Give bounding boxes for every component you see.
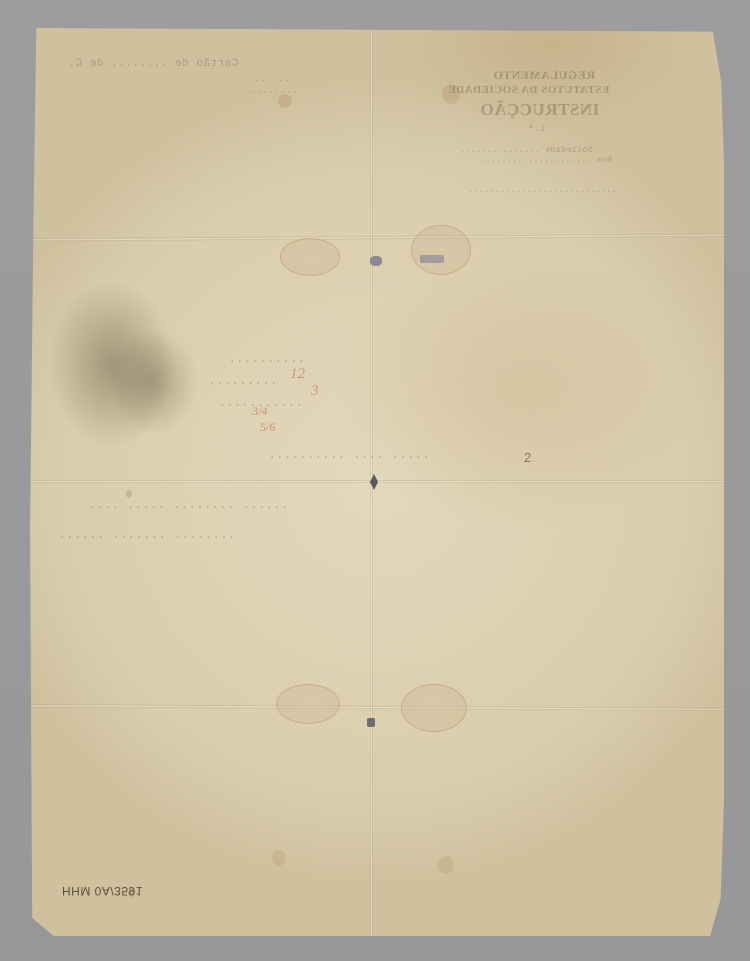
foxing-spot [438, 856, 454, 874]
water-stain [280, 238, 340, 276]
bleed-text-line: ........ [250, 86, 297, 96]
bleed-text-line: ........ ....... ...... [58, 528, 235, 542]
bleed-text-line: Sociedade ....... ....... [460, 146, 593, 155]
bleed-text-line: ...... ........ ..... .... [88, 498, 288, 512]
bleed-text-line: REGULAMENTO [493, 68, 595, 83]
fold-hole [370, 256, 382, 266]
foxing-spot [278, 94, 292, 108]
bleed-text-line: Cartão de ........ de C. [68, 58, 238, 70]
water-stain [276, 684, 340, 724]
water-stain [401, 684, 467, 732]
foxing-spot [126, 490, 132, 498]
pencil-mark: 2 [524, 450, 531, 465]
bleed-text-line: 1.ª [528, 124, 546, 134]
bleed-text-line: ........ [248, 74, 295, 84]
horizontal-fold-line-3 [28, 704, 724, 711]
bleed-text-line: ESTATUTOS DA SOCIEDADE [448, 84, 609, 96]
scan-background: REGULAMENTO ESTATUTOS DA SOCIEDADE INSTR… [0, 0, 750, 961]
water-stain [411, 225, 471, 275]
bleed-text-line: ......... [208, 374, 277, 388]
fold-hole [367, 718, 375, 727]
bleed-text-line: ............................ [468, 186, 616, 195]
paper-sheet: REGULAMENTO ESTATUTOS DA SOCIEDADE INSTR… [28, 28, 724, 936]
foxing-spot [272, 850, 286, 866]
bleed-text-line: INSTRUCÇÃO [480, 100, 599, 120]
red-ink-mark: 3 [311, 383, 319, 400]
red-ink-mark: 12 [290, 366, 305, 383]
horizontal-fold-line-1 [28, 234, 724, 242]
bleed-text-line: Rua ............ ........ [480, 156, 613, 165]
bleed-text-line: .......... [228, 352, 305, 366]
catalog-number: HHM 0A/3591 [62, 884, 143, 898]
red-ink-mark: 5/6 [260, 420, 275, 435]
red-ink-mark: 3/4 [252, 404, 267, 419]
bleed-text-line: ..... .... .......... [268, 448, 430, 462]
